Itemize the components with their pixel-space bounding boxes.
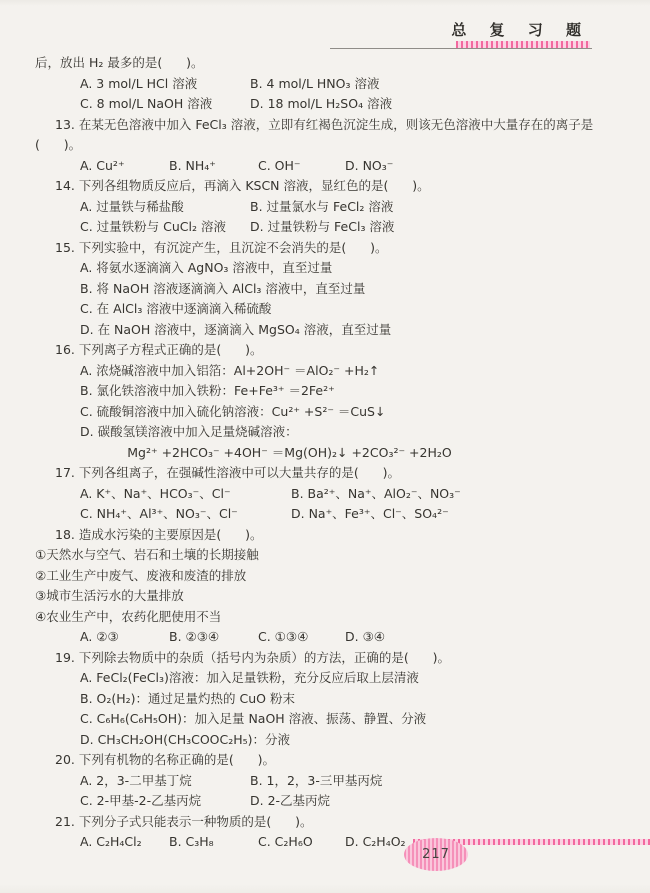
questions-area: 后，放出 H₂ 最多的是( )。A. 3 mol/L HCl 溶液B. 4 mo… (0, 0, 650, 853)
equation-line: Mg²⁺ +2HCO₃⁻ +4OH⁻ ＝Mg(OH)₂↓ +2CO₃²⁻ +2H… (35, 443, 634, 464)
option-cell: B. NH₄⁺ (169, 156, 258, 177)
option-cell: C. C₂H₆O (258, 832, 345, 853)
options-row: A. K⁺、Na⁺、HCO₃⁻、Cl⁻B. Ba²⁺、Na⁺、AlO₂⁻、NO₃… (35, 484, 634, 505)
textbook-page: 总 复 习 题 后，放出 H₂ 最多的是( )。A. 3 mol/L HCl 溶… (0, 0, 650, 893)
option-line: C. 在 AlCl₃ 溶液中逐滴滴入稀硫酸 (35, 299, 634, 320)
option-cell: C. 过量铁粉与 CuCl₂ 溶液 (80, 217, 250, 238)
option-cell: B. 4 mol/L HNO₃ 溶液 (250, 74, 634, 95)
option-cell: C. 8 mol/L NaOH 溶液 (80, 94, 250, 115)
option-cell: A. ②③ (80, 627, 169, 648)
option-line: C. C₆H₆(C₆H₅OH)：加入足量 NaOH 溶液、振荡、静置、分液 (35, 709, 634, 730)
option-cell: A. 3 mol/L HCl 溶液 (80, 74, 250, 95)
continuation-line: ( )。 (35, 135, 634, 156)
option-cell: C. 2-甲基-2-乙基丙烷 (80, 791, 250, 812)
question-stem: 15. 下列实验中，有沉淀产生，且沉淀不会消失的是( )。 (35, 238, 634, 259)
question-stem: 20. 下列有机物的名称正确的是( )。 (35, 750, 634, 771)
options-row: A. ②③B. ②③④C. ①③④D. ③④ (35, 627, 634, 648)
option-line: B. 将 NaOH 溶液逐滴滴入 AlCl₃ 溶液中，直至过量 (35, 279, 634, 300)
question-stem: 17. 下列各组离子，在强碱性溶液中可以大量共存的是( )。 (35, 463, 634, 484)
option-cell: D. 18 mol/L H₂SO₄ 溶液 (250, 94, 634, 115)
option-line: D. 在 NaOH 溶液中，逐滴滴入 MgSO₄ 溶液，直至过量 (35, 320, 634, 341)
options-row: C. NH₄⁺、Al³⁺、NO₃⁻、Cl⁻D. Na⁺、Fe³⁺、Cl⁻、SO₄… (35, 504, 634, 525)
question-stem: 14. 下列各组物质反应后，再滴入 KSCN 溶液，显红色的是( )。 (35, 176, 634, 197)
option-line: C. 硫酸铜溶液中加入硫化钠溶液：Cu²⁺ +S²⁻ ＝CuS↓ (35, 402, 634, 423)
question-stem: 13. 在某无色溶液中加入 FeCl₃ 溶液，立即有红褐色沉淀生成，则该无色溶液… (35, 115, 634, 136)
option-line: B. 氯化铁溶液中加入铁粉：Fe+Fe³⁺ ＝2Fe²⁺ (35, 381, 634, 402)
question-stem: 16. 下列离子方程式正确的是( )。 (35, 340, 634, 361)
option-cell: D. Na⁺、Fe³⁺、Cl⁻、SO₄²⁻ (291, 504, 634, 525)
option-cell: A. 2，3-二甲基丁烷 (80, 771, 250, 792)
option-cell: A. K⁺、Na⁺、HCO₃⁻、Cl⁻ (80, 484, 291, 505)
option-cell: A. C₂H₄Cl₂ (80, 832, 169, 853)
option-cell: B. Ba²⁺、Na⁺、AlO₂⁻、NO₃⁻ (291, 484, 634, 505)
continuation-line: ①天然水与空气、岩石和土壤的长期接触 (35, 545, 634, 566)
option-cell: B. 过量氯水与 FeCl₂ 溶液 (250, 197, 634, 218)
continuation-line: ③城市生活污水的大量排放 (35, 586, 634, 607)
option-line: D. 碳酸氢镁溶液中加入足量烧碱溶液： (35, 422, 634, 443)
option-cell: C. ①③④ (258, 627, 345, 648)
page-number-badge: 217 (404, 838, 468, 871)
continuation-line: ④农业生产中，农药化肥使用不当 (35, 607, 634, 628)
options-row: C. 过量铁粉与 CuCl₂ 溶液D. 过量铁粉与 FeCl₃ 溶液 (35, 217, 634, 238)
options-row: C. 8 mol/L NaOH 溶液D. 18 mol/L H₂SO₄ 溶液 (35, 94, 634, 115)
option-cell: D. NO₃⁻ (345, 156, 634, 177)
option-line: A. FeCl₂(FeCl₃)溶液：加入足量铁粉，充分反应后取上层清液 (35, 668, 634, 689)
options-row: C. 2-甲基-2-乙基丙烷D. 2-乙基丙烷 (35, 791, 634, 812)
option-cell: C. NH₄⁺、Al³⁺、NO₃⁻、Cl⁻ (80, 504, 291, 525)
question-stem: 18. 造成水污染的主要原因是( )。 (35, 525, 634, 546)
question-stem: 21. 下列分子式只能表示一种物质的是( )。 (35, 812, 634, 833)
option-line: A. 浓烧碱溶液中加入铝箔：Al+2OH⁻ ＝AlO₂⁻ +H₂↑ (35, 361, 634, 382)
continuation-line: 后，放出 H₂ 最多的是( )。 (35, 53, 634, 74)
options-row: A. Cu²⁺B. NH₄⁺C. OH⁻D. NO₃⁻ (35, 156, 634, 177)
option-cell: A. 过量铁与稀盐酸 (80, 197, 250, 218)
option-line: B. O₂(H₂)：通过足量灼热的 CuO 粉末 (35, 689, 634, 710)
page-number: 217 (422, 847, 450, 862)
option-cell: D. 过量铁粉与 FeCl₃ 溶液 (250, 217, 634, 238)
option-cell: B. ②③④ (169, 627, 258, 648)
option-cell: C. OH⁻ (258, 156, 345, 177)
option-cell: D. ③④ (345, 627, 634, 648)
option-line: A. 将氨水逐滴滴入 AgNO₃ 溶液中，直至过量 (35, 258, 634, 279)
option-cell: A. Cu²⁺ (80, 156, 169, 177)
option-cell: D. 2-乙基丙烷 (250, 791, 634, 812)
options-row: A. 过量铁与稀盐酸B. 过量氯水与 FeCl₂ 溶液 (35, 197, 634, 218)
option-cell: B. C₃H₈ (169, 832, 258, 853)
option-line: D. CH₃CH₂OH(CH₃COOC₂H₅)：分液 (35, 730, 634, 751)
options-row: A. 2，3-二甲基丁烷B. 1，2，3-三甲基丙烷 (35, 771, 634, 792)
options-row: A. 3 mol/L HCl 溶液B. 4 mol/L HNO₃ 溶液 (35, 74, 634, 95)
question-stem: 19. 下列除去物质中的杂质（括号内为杂质）的方法，正确的是( )。 (35, 648, 634, 669)
continuation-line: ②工业生产中废气、废液和废渣的排放 (35, 566, 634, 587)
option-cell: B. 1，2，3-三甲基丙烷 (250, 771, 634, 792)
